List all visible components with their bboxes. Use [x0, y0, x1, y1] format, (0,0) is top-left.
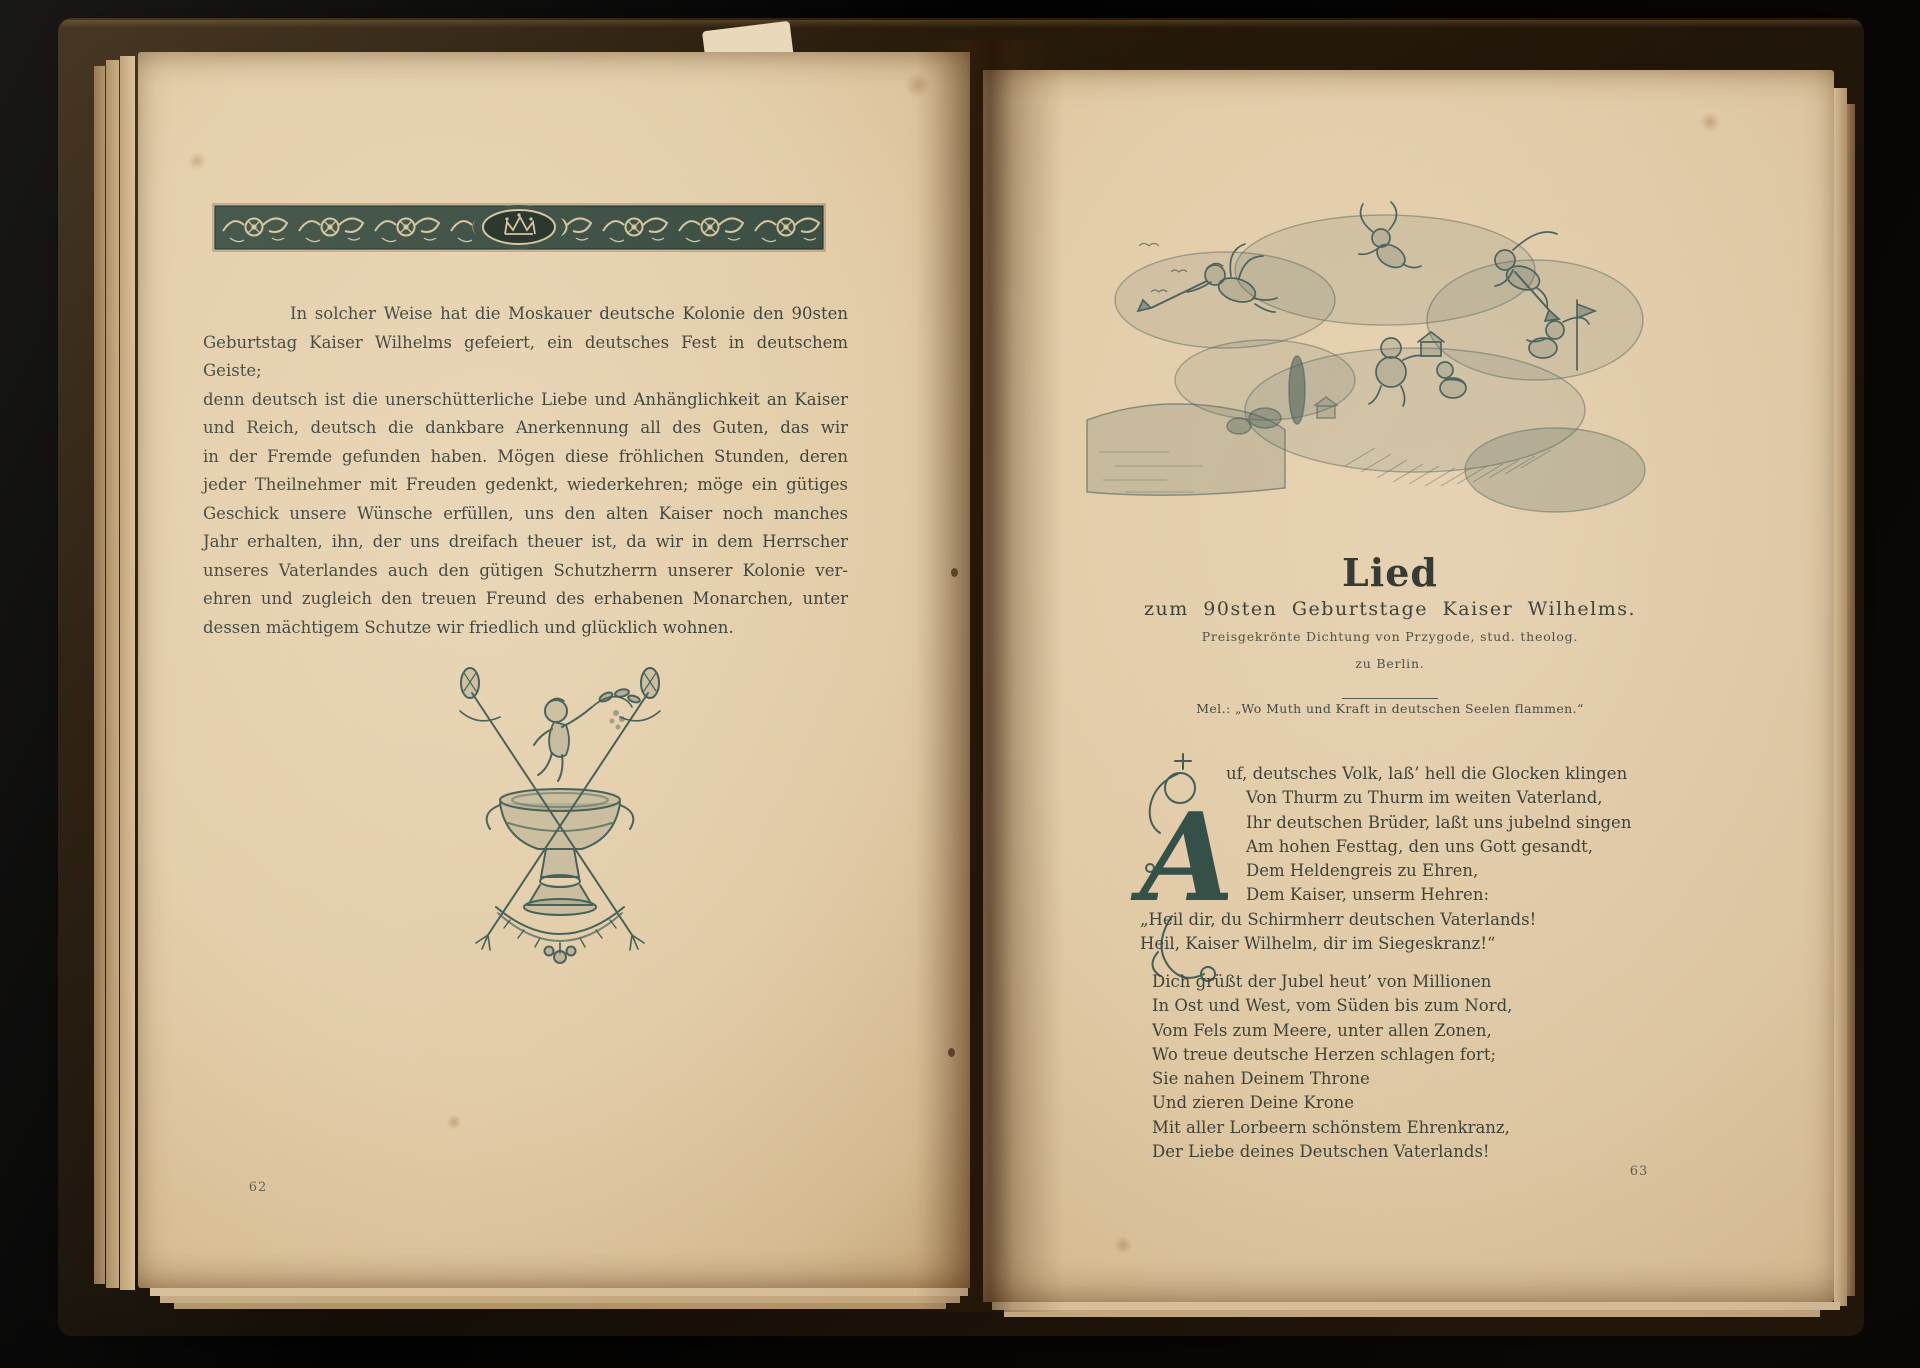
poem-line: Und zieren Deine Krone	[1152, 1091, 1672, 1115]
page-edge-stack	[106, 60, 119, 1288]
paragraph-line: Geburtstag Kaiser Wilhelms gefeiert, ein…	[203, 329, 848, 386]
poem-line: Dem Kaiser, unserm Hehren:	[1138, 883, 1703, 907]
page-edge-stack	[992, 1302, 1840, 1310]
poem-line: Der Liebe deines Deutschen Vaterlands!	[1152, 1140, 1672, 1164]
paragraph-line: Geschick unsere Wünsche erfüllen, uns de…	[203, 500, 848, 529]
poem-line: Wo treue deutsche Herzen schlagen fort;	[1152, 1043, 1672, 1067]
right-page: Lied zum 90sten Geburtstage Kaiser Wilhe…	[983, 70, 1834, 1302]
cherubs-illustration	[1085, 180, 1660, 545]
stanza-1: uf, deutsches Volk, laß’ hell die Glocke…	[1138, 762, 1703, 956]
ornament-band	[212, 203, 826, 253]
poem-line: „Heil dir, du Schirmherr deutschen Vater…	[1138, 908, 1703, 932]
page-edge-stack	[174, 1303, 946, 1309]
poem-line: Von Thurm zu Thurm im weiten Vaterland,	[1138, 786, 1703, 810]
page-number: 62	[230, 1180, 286, 1195]
attribution-place: zu Berlin.	[1040, 656, 1740, 671]
paragraph-line: und Reich, deutsch die dankbare Anerkenn…	[203, 414, 848, 443]
body-paragraph: In solcher Weise hat die Moskauer deutsc…	[203, 300, 848, 642]
paragraph-line: In solcher Weise hat die Moskauer deutsc…	[203, 300, 848, 329]
stanza-2: Dich grüßt der Jubel heut’ von Millionen…	[1152, 970, 1672, 1164]
page-edge-stack	[94, 66, 105, 1284]
poem-line: uf, deutsches Volk, laß’ hell die Glocke…	[1138, 762, 1703, 786]
poem-line: Dich grüßt der Jubel heut’ von Millionen	[1152, 970, 1672, 994]
paragraph-line: ehren und zugleich den treuen Freund des…	[203, 585, 848, 614]
page-edge-stack	[1834, 88, 1847, 1306]
melody-line: Mel.: „Wo Muth und Kraft in deutschen Se…	[1040, 701, 1740, 716]
poem-line: Sie nahen Deinem Throne	[1152, 1067, 1672, 1091]
left-page: In solcher Weise hat die Moskauer deutsc…	[138, 52, 970, 1288]
poem-subtitle: zum 90sten Geburtstage Kaiser Wilhelms.	[1040, 598, 1740, 620]
poem-line: Heil, Kaiser Wilhelm, dir im Siegeskranz…	[1138, 932, 1703, 956]
paragraph-line: in der Fremde gefunden haben. Mögen dies…	[203, 443, 848, 472]
poem-line: Vom Fels zum Meere, unter allen Zonen,	[1152, 1019, 1672, 1043]
paragraph-line: Jahr erhalten, ihn, der uns dreifach the…	[203, 528, 848, 557]
paragraph-line: jeder Theilnehmer mit Freuden gedenkt, w…	[203, 471, 848, 500]
book-photo: In solcher Weise hat die Moskauer deutsc…	[0, 0, 1920, 1368]
attribution-line: Preisgekrönte Dichtung von Przygode, stu…	[1040, 629, 1740, 644]
page-edge-stack	[120, 56, 135, 1290]
divider-rule	[1040, 684, 1740, 703]
poem-title: Lied	[1040, 550, 1740, 595]
poem-line: In Ost und West, vom Süden bis zum Nord,	[1152, 994, 1672, 1018]
poem-line: Dem Heldengreis zu Ehren,	[1138, 859, 1703, 883]
poem-line: Ihr deutschen Brüder, laßt uns jubelnd s…	[1138, 811, 1703, 835]
page-edge-stack	[1847, 104, 1855, 1296]
cover-edge-highlight	[60, 20, 1862, 28]
poem-line: Am hohen Festtag, den uns Gott gesandt,	[1138, 835, 1703, 859]
paragraph-line: denn deutsch ist die unerschütterliche L…	[203, 386, 848, 415]
paragraph-line: unseres Vaterlandes auch den gütigen Sch…	[203, 557, 848, 586]
page-edge-stack	[160, 1296, 960, 1303]
binding-speck	[948, 1048, 955, 1057]
page-edge-stack	[150, 1288, 968, 1296]
putto-urn-illustration	[410, 635, 710, 985]
binding-speck	[951, 568, 958, 577]
page-number: 63	[1611, 1164, 1667, 1179]
poem-line: Mit aller Lorbeern schönstem Ehrenkranz,	[1152, 1116, 1672, 1140]
page-edge-stack	[1004, 1310, 1820, 1317]
